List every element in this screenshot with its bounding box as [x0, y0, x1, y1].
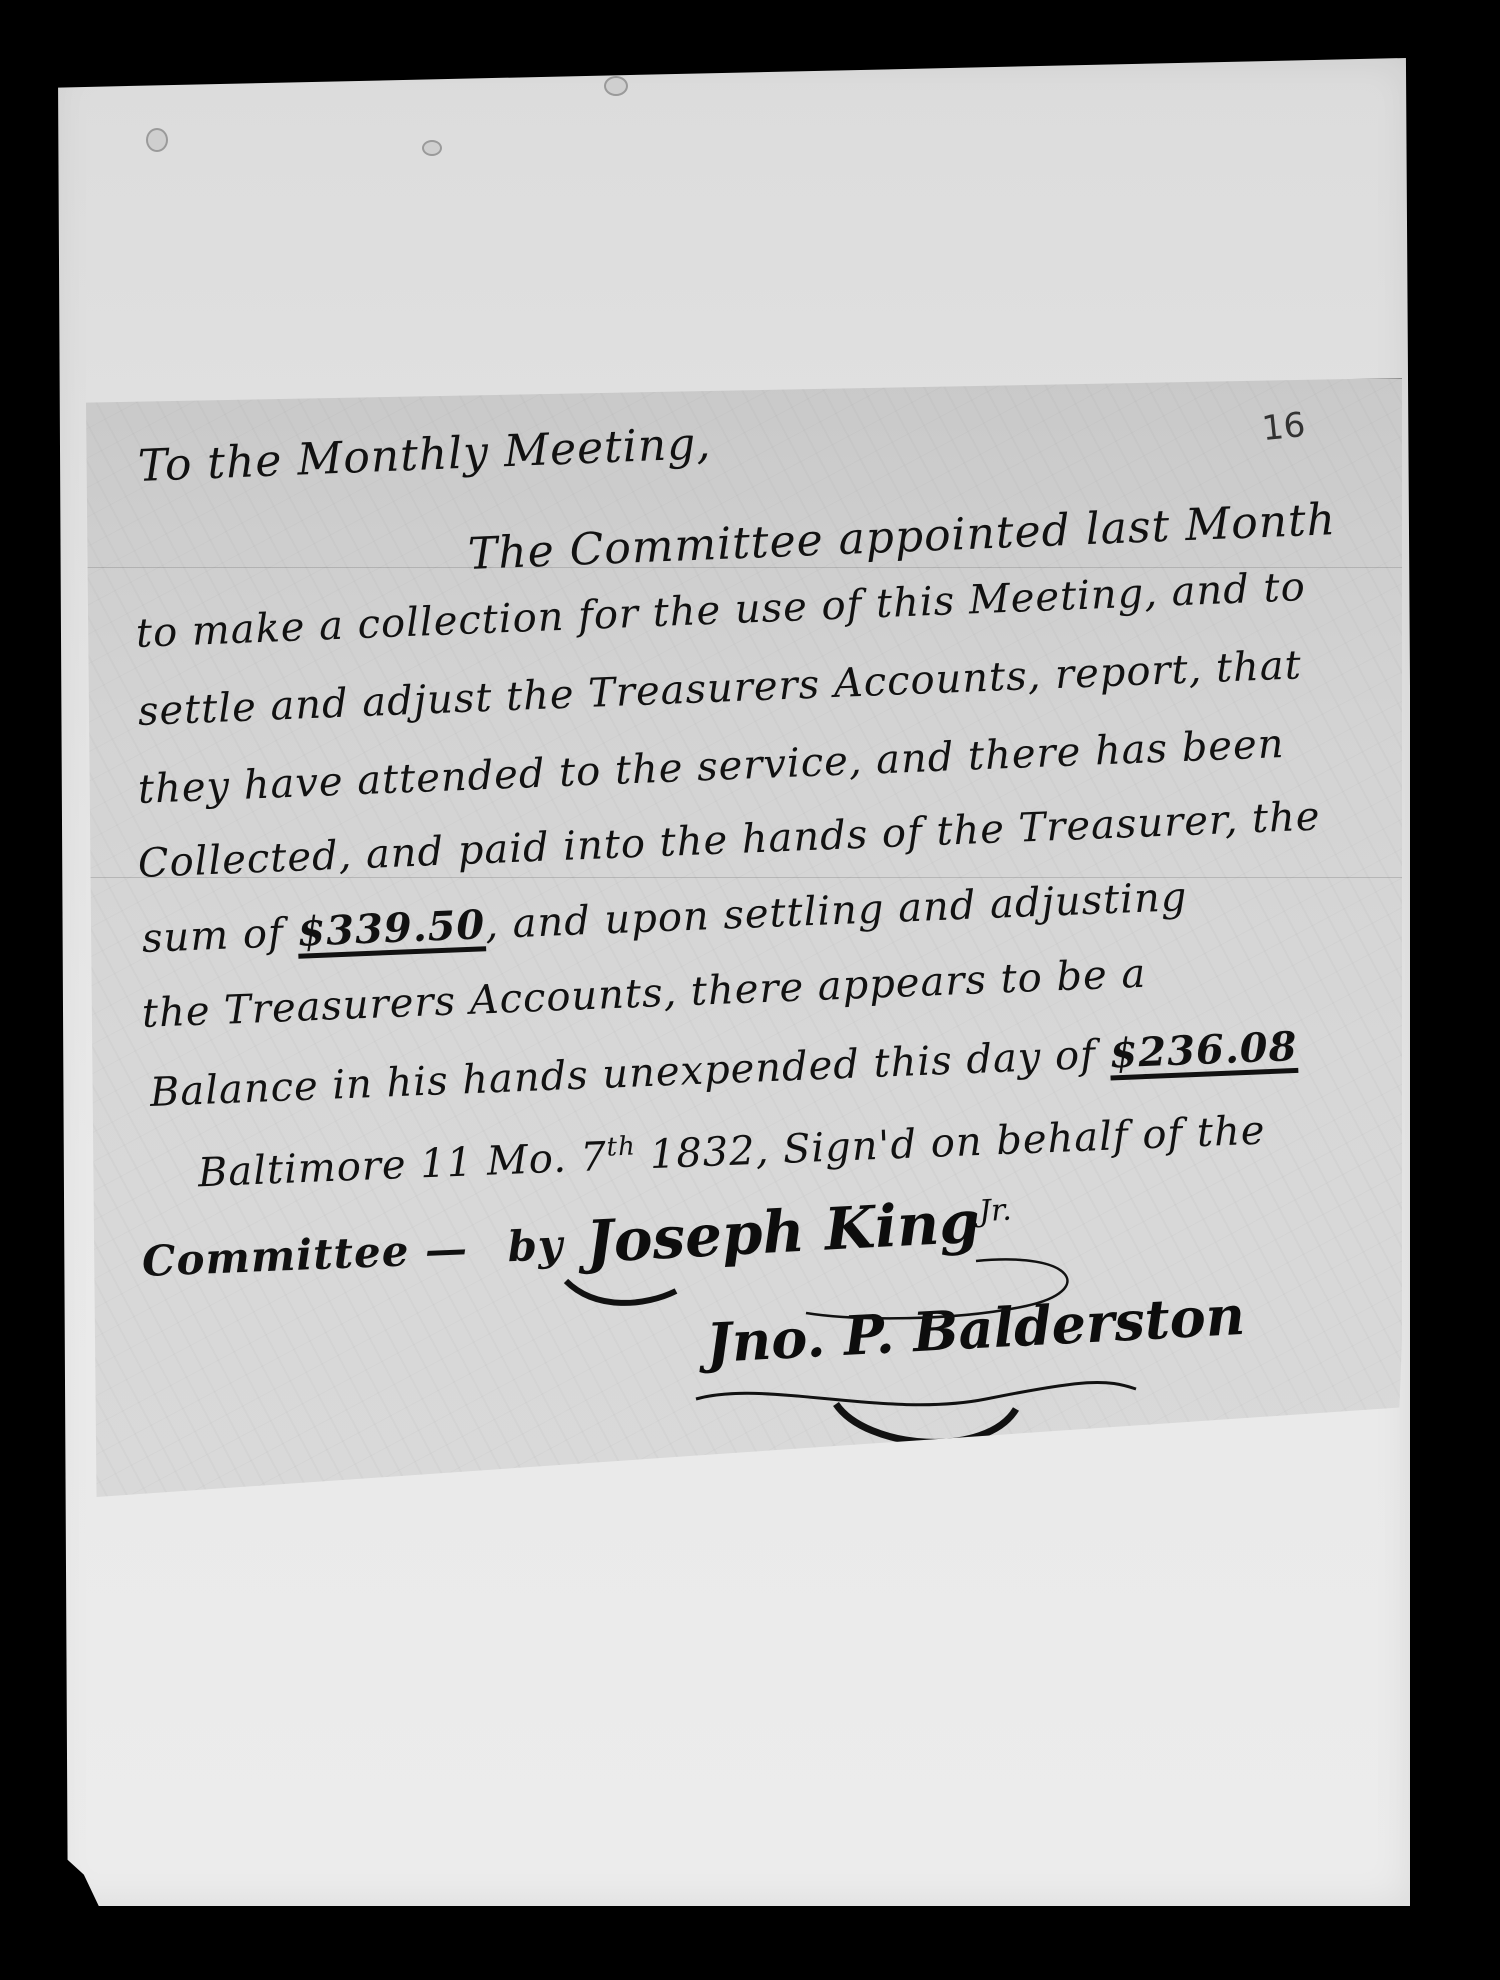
date-day-suffix: th	[606, 1131, 636, 1162]
amount-collected: $339.50	[296, 901, 486, 956]
accounts-line: the Treasurers Accounts, there appears t…	[141, 951, 1147, 1037]
salutation: To the Monthly Meeting,	[137, 418, 712, 492]
date-line: Baltimore 11 Mo. 7th 1832, Sign'd on beh…	[197, 1106, 1266, 1196]
punch-hole-center	[604, 76, 628, 96]
committee-line: Committee — by	[141, 1220, 564, 1286]
sum-prefix: sum of	[141, 910, 285, 962]
committee-label: Committee —	[141, 1224, 469, 1286]
date-month: 11 Mo.	[419, 1136, 567, 1188]
handwritten-note: 16 To the Monthly Meeting, The Committee…	[86, 378, 1402, 1497]
amount-balance: $236.08	[1109, 1023, 1299, 1078]
date-day: 7	[580, 1134, 608, 1181]
balance-prefix: Balance in his hands unexpended this day…	[149, 1032, 1097, 1116]
body-line-3: settle and adjust the Treasurers Account…	[137, 642, 1302, 735]
page-number: 16	[1260, 405, 1307, 449]
punch-hole-left	[146, 128, 168, 152]
date-place: Baltimore	[197, 1142, 407, 1196]
date-signed-text: Sign'd on behalf of the	[782, 1107, 1266, 1172]
signature-king-flourish-icon	[556, 1251, 1116, 1331]
punch-hole-mid	[422, 140, 442, 156]
sum-line: sum of $339.50, and upon settling and ad…	[141, 873, 1188, 962]
date-year: 1832	[649, 1128, 757, 1178]
balance-line: Balance in his hands unexpended this day…	[149, 1023, 1298, 1116]
document-scan: 16 To the Monthly Meeting, The Committee…	[0, 0, 1500, 1980]
body-line-4: they have attended to the service, and t…	[137, 721, 1285, 813]
body-line-2: to make a collection for the use of this…	[135, 564, 1306, 657]
signature-suffix: Jr.	[978, 1193, 1012, 1230]
sum-suffix: , and upon settling and adjusting	[484, 874, 1188, 948]
body-line-5: Collected, and paid into the hands of th…	[137, 794, 1321, 887]
